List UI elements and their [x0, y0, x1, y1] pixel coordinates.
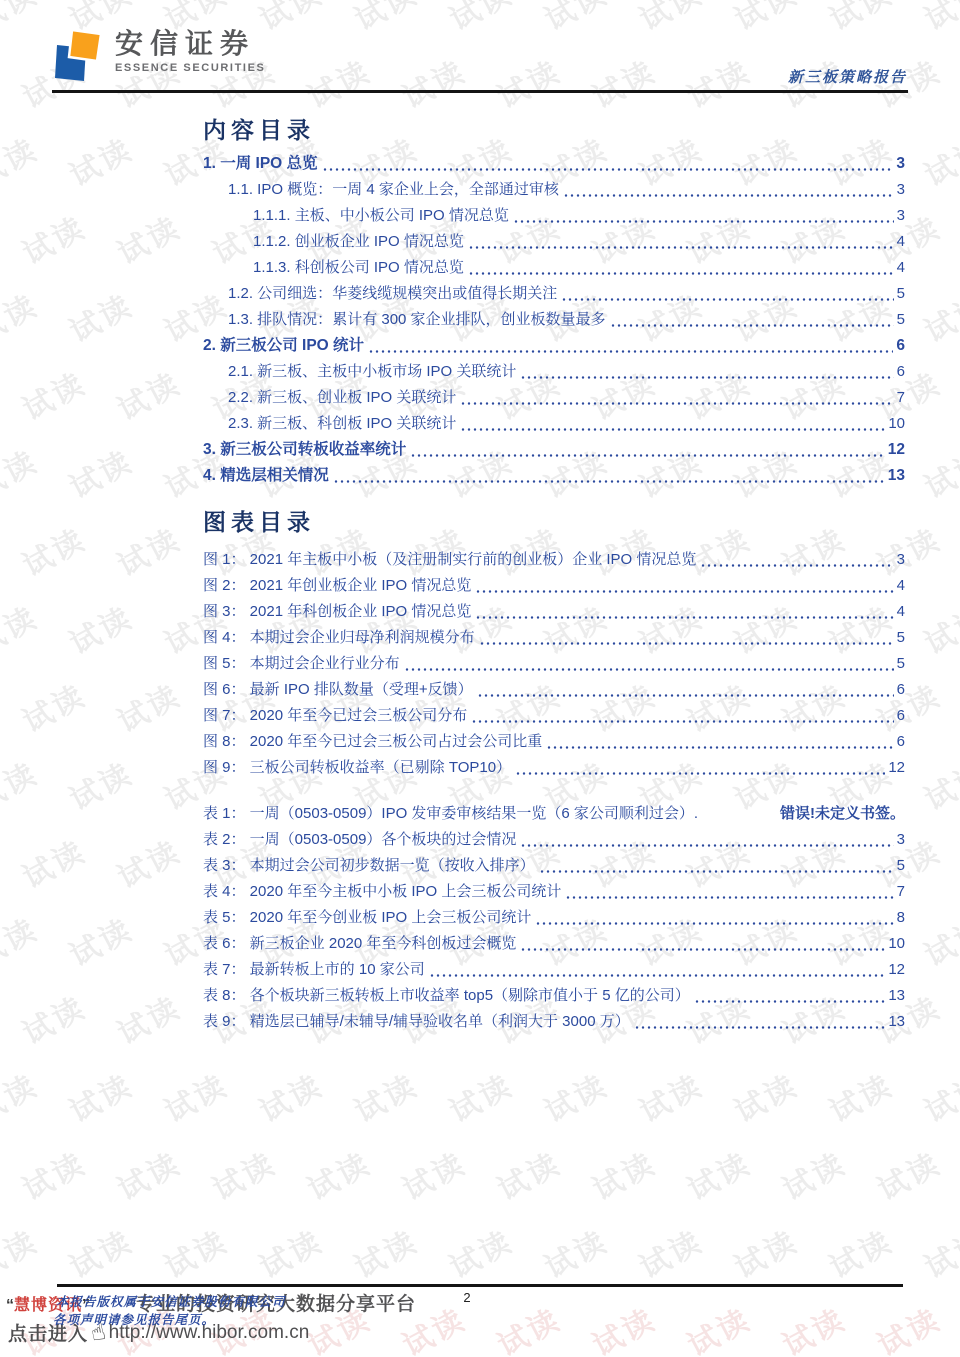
- table-entry[interactable]: 表 1： 一周（0503-0509）IPO 发审委审核结果一览（6 家公司顺利过…: [203, 801, 905, 827]
- watermark-text: 试读: [774, 1295, 853, 1357]
- watermark-text: 试读: [916, 593, 960, 663]
- watermark-text: 试读: [536, 1217, 615, 1287]
- brand-name-en: ESSENCE SECURITIES: [115, 62, 265, 74]
- toc-entry-label: 2.3. 新三板、科创板 IPO 关联统计: [228, 411, 456, 437]
- figure-entry-label: 图 6： 最新 IPO 排队数量（受理+反馈）: [203, 677, 473, 703]
- dot-leader: [429, 974, 886, 977]
- watermark-text: 试读: [61, 905, 140, 975]
- table-entry[interactable]: 表 5： 2020 年至今创业板 IPO 上会三板公司统计8: [203, 905, 905, 931]
- toc-entry[interactable]: 1.1. IPO 概览：一周 4 家企业上会，全部通过审核3: [203, 177, 905, 203]
- page-ref: 8: [897, 905, 905, 931]
- dot-leader: [694, 1000, 886, 1003]
- dot-leader: [368, 350, 893, 353]
- page-ref: 12: [888, 755, 905, 781]
- figure-entry[interactable]: 图 5： 本期过会企业行业分布5: [203, 651, 905, 677]
- figure-entry-label: 图 3： 2021 年科创板企业 IPO 情况总览: [203, 599, 471, 625]
- page-number: 2: [452, 1290, 482, 1305]
- toc-entry-label: 1.2. 公司细选：华菱线缆规模突出或值得长期关注: [228, 281, 557, 307]
- dot-leader: [563, 194, 894, 197]
- toc-entry[interactable]: 3. 新三板公司转板收益率统计12: [203, 437, 905, 463]
- watermark-text: 试读: [869, 1139, 948, 1209]
- watermark-text: 试读: [631, 1217, 710, 1287]
- table-entry[interactable]: 表 3： 本期过会公司初步数据一览（按收入排序）5: [203, 853, 905, 879]
- watermark-text: 试读: [0, 125, 44, 195]
- watermark-text: 试读: [61, 593, 140, 663]
- watermark-text: 试读: [109, 1139, 188, 1209]
- watermark-text: 试读: [109, 515, 188, 585]
- toc-entry-label: 1.1.3. 科创板公司 IPO 情况总览: [253, 255, 464, 281]
- page-ref: 3: [896, 151, 905, 177]
- toc-entry-label: 1.1.1. 主板、中小板公司 IPO 情况总览: [253, 203, 509, 229]
- page-ref: 13: [888, 983, 905, 1009]
- figure-entry[interactable]: 图 3： 2021 年科创板企业 IPO 情况总览4: [203, 599, 905, 625]
- page-ref: 3: [897, 827, 905, 853]
- watermark-text: 试读: [346, 1217, 425, 1287]
- figure-entry[interactable]: 图 2： 2021 年创业板企业 IPO 情况总览4: [203, 573, 905, 599]
- page-ref: 6: [897, 677, 905, 703]
- page-ref: 错误!未定义书签。: [780, 801, 905, 827]
- copyright-line-1: 本报告版权属于安信证券股份有限公司: [56, 1292, 286, 1310]
- dot-leader: [460, 402, 893, 405]
- page-ref: 6: [897, 703, 905, 729]
- watermark-text: 试读: [489, 1139, 568, 1209]
- dot-leader: [700, 564, 893, 567]
- dot-leader: [410, 454, 885, 457]
- dot-leader: [565, 896, 893, 899]
- brand-text: 安信证券 ESSENCE SECURITIES: [115, 29, 265, 82]
- table-entry[interactable]: 表 6： 新三板企业 2020 年至今科创板过会概览10: [203, 931, 905, 957]
- watermark-text: 试读: [156, 1061, 235, 1131]
- toc-entry-label: 1.3. 排队情况：累计有 300 家企业排队，创业板数量最多: [228, 307, 606, 333]
- watermark-text: 试读: [821, 0, 900, 39]
- watermark-text: 试读: [726, 1217, 805, 1287]
- dot-leader: [475, 616, 893, 619]
- watermark-text: 试读: [774, 1139, 853, 1209]
- table-entry-label: 表 9： 精选层已辅导/未辅导/辅导验收名单（利润大于 3000 万）: [203, 1009, 630, 1035]
- toc-entry[interactable]: 1.1.3. 科创板公司 IPO 情况总览4: [203, 255, 905, 281]
- toc-entry-label: 1.1.2. 创业板企业 IPO 情况总览: [253, 229, 464, 255]
- figure-entry-label: 图 1： 2021 年主板中小板（及注册制实行前的创业板）企业 IPO 情况总览: [203, 547, 696, 573]
- brand-name-cn: 安信证券: [115, 29, 265, 59]
- tables-list: 表 1： 一周（0503-0509）IPO 发审委审核结果一览（6 家公司顺利过…: [203, 801, 905, 1035]
- watermark-text: 试读: [0, 905, 44, 975]
- watermark-text: 试读: [679, 1139, 758, 1209]
- table-entry-label: 表 3： 本期过会公司初步数据一览（按收入排序）: [203, 853, 535, 879]
- watermark-text: 试读: [679, 1295, 758, 1357]
- watermark-text: 试读: [0, 0, 44, 39]
- watermark-text: 试读: [821, 1061, 900, 1131]
- watermark-text: 试读: [584, 1139, 663, 1209]
- brand-logo: 安信证券 ESSENCE SECURITIES: [55, 29, 265, 82]
- figure-entry-label: 图 9： 三板公司转板收益率（已剔除 TOP10）: [203, 755, 511, 781]
- watermark-text: 试读: [869, 1295, 948, 1357]
- watermark-text: 试读: [109, 203, 188, 273]
- watermark-text: 试读: [0, 1061, 44, 1131]
- page-ref: 6: [897, 359, 905, 385]
- table-entry-label: 表 4： 2020 年至今主板中小板 IPO 上会三板公司统计: [203, 879, 561, 905]
- toc-entry[interactable]: 2.3. 新三板、科创板 IPO 关联统计10: [203, 411, 905, 437]
- dot-leader: [468, 246, 894, 249]
- dot-leader: [702, 818, 777, 821]
- toc-entry-label: 1. 一周 IPO 总览: [203, 151, 318, 177]
- dot-leader: [546, 746, 893, 749]
- table-entry-label: 表 2： 一周（0503-0509）各个板块的过会情况: [203, 827, 516, 853]
- dot-leader: [477, 694, 894, 697]
- watermark-text: 试读: [299, 47, 378, 117]
- figure-entry[interactable]: 图 8： 2020 年至今已过会三板公司占过会公司比重6: [203, 729, 905, 755]
- watermark-text: 试读: [14, 671, 93, 741]
- toc-entry[interactable]: 2.1. 新三板、主板中小板市场 IPO 关联统计6: [203, 359, 905, 385]
- figure-entry[interactable]: 图 6： 最新 IPO 排队数量（受理+反馈）6: [203, 677, 905, 703]
- toc-entry[interactable]: 1.1.1. 主板、中小板公司 IPO 情况总览3: [203, 203, 905, 229]
- watermark-text: 试读: [394, 47, 473, 117]
- watermark-text: 试读: [489, 47, 568, 117]
- toc-entry[interactable]: 4. 精选层相关情况13: [203, 463, 905, 489]
- open-quote: “: [6, 1297, 14, 1314]
- header-divider: [52, 90, 908, 93]
- watermark-text: 试读: [14, 983, 93, 1053]
- watermark-text: 试读: [346, 1061, 425, 1131]
- dot-leader: [460, 428, 885, 431]
- figure-entry-label: 图 5： 本期过会企业行业分布: [203, 651, 400, 677]
- report-type-label: 新三板策略报告: [788, 66, 907, 87]
- toc-entry-label: 2.1. 新三板、主板中小板市场 IPO 关联统计: [228, 359, 516, 385]
- watermark-text: 试读: [726, 1061, 805, 1131]
- watermark-text: 试读: [441, 0, 520, 39]
- toc-entry[interactable]: 1.1.2. 创业板企业 IPO 情况总览4: [203, 229, 905, 255]
- dot-leader: [468, 272, 894, 275]
- copyright-line-2: 各项声明请参见报告尾页。: [53, 1310, 215, 1328]
- page-ref: 6: [897, 729, 905, 755]
- watermark-text: 试读: [0, 281, 44, 351]
- page-ref: 5: [897, 625, 905, 651]
- watermark-text: 试读: [109, 671, 188, 741]
- dot-leader: [333, 480, 885, 483]
- watermark-text: 试读: [536, 1061, 615, 1131]
- toc-entry-label: 4. 精选层相关情况: [203, 463, 329, 489]
- watermark-text: 试读: [0, 1217, 44, 1287]
- watermark-text: 试读: [0, 749, 44, 819]
- dot-leader: [610, 324, 894, 327]
- watermark-text: 试读: [251, 1217, 330, 1287]
- page-ref: 3: [897, 177, 905, 203]
- table-entry[interactable]: 表 9： 精选层已辅导/未辅导/辅导验收名单（利润大于 3000 万）13: [203, 1009, 905, 1035]
- watermark-text: 试读: [916, 125, 960, 195]
- dot-leader: [520, 376, 893, 379]
- watermark-text: 试读: [14, 1139, 93, 1209]
- watermark-text: 试读: [14, 359, 93, 429]
- dot-leader: [475, 590, 893, 593]
- essence-securities-logo-icon: [55, 29, 102, 82]
- page-ref: 10: [888, 411, 905, 437]
- toc-entry[interactable]: 2. 新三板公司 IPO 统计6: [203, 333, 905, 359]
- toc-entry[interactable]: 1.2. 公司细选：华菱线缆规模突出或值得长期关注5: [203, 281, 905, 307]
- watermark-text: 试读: [61, 125, 140, 195]
- page-ref: 12: [888, 957, 905, 983]
- page-ref: 13: [888, 463, 905, 489]
- dot-leader: [513, 220, 894, 223]
- watermark-text: 试读: [916, 281, 960, 351]
- watermark-text: 试读: [916, 905, 960, 975]
- page-ref: 12: [888, 437, 905, 463]
- figure-entry-label: 图 7： 2020 年至今已过会三板公司分布: [203, 703, 467, 729]
- watermark-text: 试读: [916, 1061, 960, 1131]
- watermark-text: 试读: [14, 827, 93, 897]
- dot-leader: [520, 844, 893, 847]
- watermark-text: 试读: [109, 359, 188, 429]
- table-entry[interactable]: 表 2： 一周（0503-0509）各个板块的过会情况3: [203, 827, 905, 853]
- figure-entry-label: 图 8： 2020 年至今已过会三板公司占过会公司比重: [203, 729, 542, 755]
- page-ref: 6: [896, 333, 905, 359]
- toc-entry-label: 2. 新三板公司 IPO 统计: [203, 333, 364, 359]
- watermark-text: 试读: [346, 0, 425, 39]
- figure-entry[interactable]: 图 1： 2021 年主板中小板（及注册制实行前的创业板）企业 IPO 情况总览…: [203, 547, 905, 573]
- watermark-text: 试读: [584, 1295, 663, 1357]
- watermark-text: 试读: [299, 1139, 378, 1209]
- dot-leader: [535, 922, 893, 925]
- watermark-text: 试读: [14, 515, 93, 585]
- watermark-text: 试读: [61, 749, 140, 819]
- dot-leader: [479, 642, 894, 645]
- contents-title: 内容目录: [203, 112, 315, 145]
- watermark-text: 试读: [584, 47, 663, 117]
- watermark-text: 试读: [61, 281, 140, 351]
- footer-divider: [57, 1284, 903, 1287]
- watermark-text: 试读: [61, 437, 140, 507]
- dot-leader: [520, 948, 885, 951]
- watermark-text: 试读: [536, 0, 615, 39]
- dot-leader: [322, 168, 894, 171]
- toc-entry[interactable]: 2.2. 新三板、创业板 IPO 关联统计7: [203, 385, 905, 411]
- watermark-text: 试读: [394, 1139, 473, 1209]
- figure-entry[interactable]: 图 9： 三板公司转板收益率（已剔除 TOP10）12: [203, 755, 905, 781]
- toc-entry-label: 3. 新三板公司转板收益率统计: [203, 437, 406, 463]
- watermark-text: 试读: [726, 0, 805, 39]
- table-entry-label: 表 5： 2020 年至今创业板 IPO 上会三板公司统计: [203, 905, 531, 931]
- watermark-text: 试读: [489, 1295, 568, 1357]
- watermark-text: 试读: [0, 593, 44, 663]
- table-entry-label: 表 7： 最新转板上市的 10 家公司: [203, 957, 425, 983]
- figure-entry[interactable]: 图 7： 2020 年至今已过会三板公司分布6: [203, 703, 905, 729]
- dot-leader: [561, 298, 893, 301]
- figure-entry-label: 图 4： 本期过会企业归母净利润规模分布: [203, 625, 475, 651]
- page-ref: 4: [897, 573, 905, 599]
- page-ref: 3: [897, 547, 905, 573]
- watermark-text: 试读: [14, 203, 93, 273]
- watermark-text: 试读: [441, 1217, 520, 1287]
- watermark-text: 试读: [916, 749, 960, 819]
- figures-title: 图表目录: [203, 504, 315, 537]
- toc-entry[interactable]: 1.3. 排队情况：累计有 300 家企业排队，创业板数量最多5: [203, 307, 905, 333]
- watermark-text: 试读: [61, 1217, 140, 1287]
- contents-list: 1. 一周 IPO 总览31.1. IPO 概览：一周 4 家企业上会，全部通过…: [203, 151, 905, 489]
- page-ref: 10: [888, 931, 905, 957]
- page-ref: 13: [888, 1009, 905, 1035]
- table-entry-label: 表 6： 新三板企业 2020 年至今科创板过会概览: [203, 931, 516, 957]
- watermark-text: 试读: [61, 1061, 140, 1131]
- dot-leader: [515, 772, 885, 775]
- table-entry[interactable]: 表 7： 最新转板上市的 10 家公司12: [203, 957, 905, 983]
- watermark-text: 试读: [916, 1217, 960, 1287]
- table-entry[interactable]: 表 4： 2020 年至今主板中小板 IPO 上会三板公司统计7: [203, 879, 905, 905]
- page-ref: 3: [897, 203, 905, 229]
- dot-leader: [539, 870, 894, 873]
- page-ref: 4: [897, 599, 905, 625]
- figure-entry[interactable]: 图 4： 本期过会企业归母净利润规模分布5: [203, 625, 905, 651]
- watermark-text: 试读: [251, 1061, 330, 1131]
- table-entry-label: 表 8： 各个板块新三板转板上市收益率 top5（剔除市值小于 5 亿的公司）: [203, 983, 690, 1009]
- watermark-text: 试读: [631, 0, 710, 39]
- page-ref: 5: [897, 651, 905, 677]
- page-ref: 7: [897, 385, 905, 411]
- watermark-text: 试读: [679, 47, 758, 117]
- dot-leader: [471, 720, 893, 723]
- watermark-text: 试读: [109, 827, 188, 897]
- table-entry[interactable]: 表 8： 各个板块新三板转板上市收益率 top5（剔除市值小于 5 亿的公司）1…: [203, 983, 905, 1009]
- watermark-text: 试读: [916, 437, 960, 507]
- toc-entry-label: 2.2. 新三板、创业板 IPO 关联统计: [228, 385, 456, 411]
- figure-entry-label: 图 2： 2021 年创业板企业 IPO 情况总览: [203, 573, 471, 599]
- watermark-text: 试读: [0, 437, 44, 507]
- report-page: 试读试读试读试读试读试读试读试读试读试读试读试读试读试读试读试读试读试读试读试读…: [0, 0, 960, 1357]
- watermark-text: 试读: [916, 0, 960, 39]
- page-ref: 7: [897, 879, 905, 905]
- page-ref: 5: [897, 853, 905, 879]
- table-entry-label: 表 1： 一周（0503-0509）IPO 发审委审核结果一览（6 家公司顺利过…: [203, 801, 698, 827]
- page-ref: 5: [897, 307, 905, 333]
- page-ref: 4: [897, 255, 905, 281]
- dot-leader: [634, 1026, 886, 1029]
- dot-leader: [404, 668, 894, 671]
- toc-entry-label: 1.1. IPO 概览：一周 4 家企业上会，全部通过审核: [228, 177, 559, 203]
- watermark-text: 试读: [631, 1061, 710, 1131]
- watermark-text: 试读: [109, 983, 188, 1053]
- toc-entry[interactable]: 1. 一周 IPO 总览3: [203, 151, 905, 177]
- watermark-text: 试读: [204, 1139, 283, 1209]
- page-ref: 4: [897, 229, 905, 255]
- watermark-text: 试读: [821, 1217, 900, 1287]
- watermark-text: 试读: [156, 1217, 235, 1287]
- watermark-text: 试读: [441, 1061, 520, 1131]
- page-ref: 5: [897, 281, 905, 307]
- figures-list: 图 1： 2021 年主板中小板（及注册制实行前的创业板）企业 IPO 情况总览…: [203, 547, 905, 781]
